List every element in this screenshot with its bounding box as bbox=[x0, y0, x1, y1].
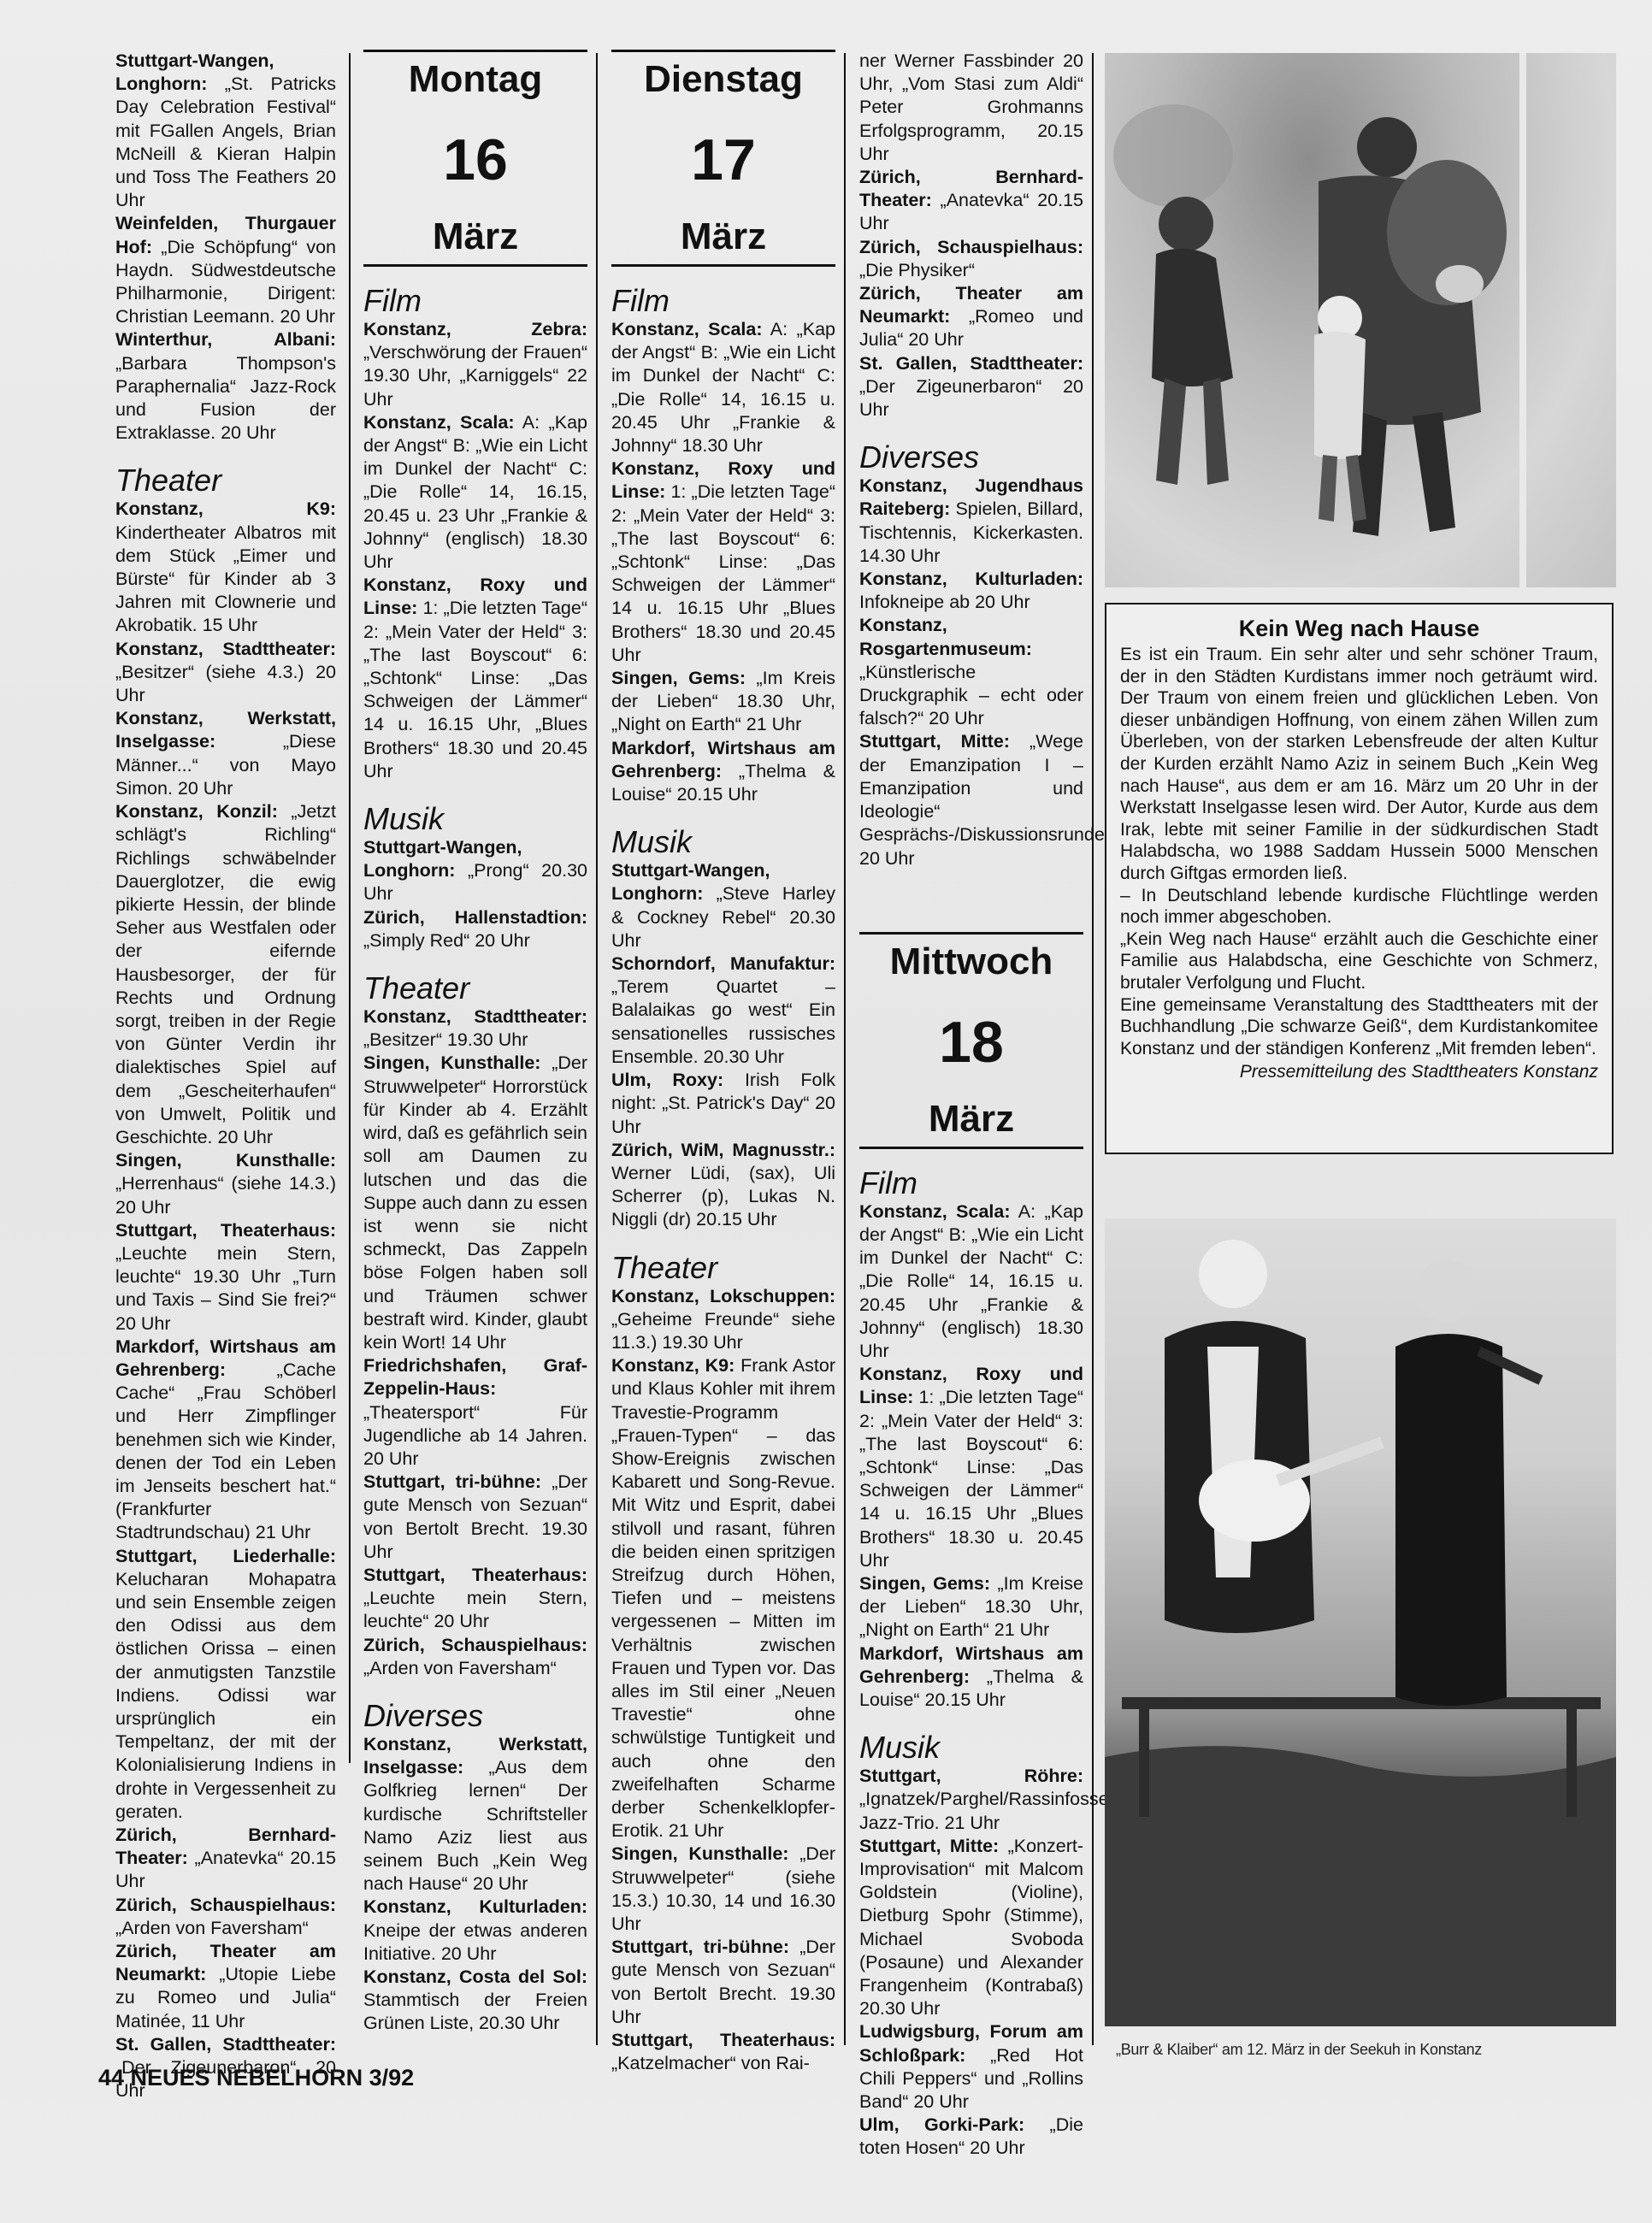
listing-group-film: Konstanz, Scala: A: „Kap der Angst“ B: „… bbox=[859, 1200, 1083, 1712]
section-heading-film: Film bbox=[363, 284, 587, 318]
listing-details: „Herrenhaus“ (siehe 14.3.) 20 Uhr bbox=[115, 1173, 336, 1217]
listing-venue: Konstanz, Stadttheater: bbox=[115, 639, 336, 659]
listing-entry: Zürich, Schauspielhaus: „Arden von Faver… bbox=[363, 1634, 587, 1680]
listing-venue: Stuttgart, tri-bühne: bbox=[363, 1471, 541, 1492]
month-label: März bbox=[611, 215, 835, 259]
listing-entry: Ulm, Gorki-Park: „Die toten Hosen“ 20 Uh… bbox=[859, 2114, 1083, 2160]
listing-details: „Ignatzek/Parghel/Rassinfosse“ Jazz-Trio… bbox=[859, 1789, 1115, 1832]
listing-venue: Singen, Gems: bbox=[611, 668, 746, 688]
listing-entry: Konstanz, Lokschuppen: „Geheime Freunde“… bbox=[611, 1285, 835, 1355]
listing-venue: Konstanz, Zebra: bbox=[363, 319, 587, 339]
listing-group-musik-continued: Stuttgart-Wangen, Longhorn: „St. Patrick… bbox=[115, 50, 336, 445]
listing-entry: Konstanz, Costa del Sol: Stammtisch der … bbox=[363, 1966, 587, 2036]
listing-venue: Singen, Kunsthalle: bbox=[363, 1053, 540, 1073]
listing-details: Frank Astor und Klaus Kohler mit ihrem T… bbox=[611, 1355, 835, 1841]
listing-details: 1: „Die letzten Tage“ 2: „Mein Vater der… bbox=[859, 1387, 1083, 1570]
listing-entry: Weinfelden, Thurgauer Hof: „Die Schöpfun… bbox=[115, 212, 336, 328]
listing-details: Stammtisch der Freien Grünen Liste, 20.3… bbox=[363, 1990, 587, 2033]
listing-details: Kelucharan Mohapatra und sein Ensemble z… bbox=[115, 1569, 336, 1822]
listing-details: „Jetzt schlägt's Richling“ Richlings sch… bbox=[115, 801, 336, 1147]
section-heading-musik: Musik bbox=[859, 1731, 1083, 1765]
section-heading-diverses: Diverses bbox=[363, 1699, 587, 1733]
listing-details: „Katzelmacher“ von Rai- bbox=[611, 2053, 810, 2073]
listing-venue: Stuttgart, Liederhalle: bbox=[115, 1546, 336, 1566]
section-heading-musik: Musik bbox=[363, 802, 587, 836]
listing-entry: Schorndorf, Manufaktur: „Terem Quartet –… bbox=[611, 952, 835, 1069]
listing-entry: Konstanz, K9: Kindertheater Albatros mit… bbox=[115, 498, 336, 637]
listing-details: „Geheime Freunde“ siehe 11.3.) 19.30 Uhr bbox=[611, 1309, 835, 1353]
listing-venue: Stuttgart, Mitte: bbox=[859, 731, 1010, 752]
listing-entry: Konstanz, Roxy und Linse: 1: „Die letzte… bbox=[859, 1363, 1083, 1572]
listing-details: Infokneipe ab 20 Uhr bbox=[859, 592, 1030, 612]
listing-entry: Konstanz, Scala: A: „Kap der Angst“ B: „… bbox=[859, 1200, 1083, 1363]
section-heading-film: Film bbox=[859, 1166, 1083, 1200]
listing-group-theater: Konstanz, Lokschuppen: „Geheime Freunde“… bbox=[611, 1285, 835, 2076]
listing-entry: Singen, Kunsthalle: „Der Struwwelpeter“ … bbox=[363, 1052, 587, 1354]
day-header-wednesday: Mittwoch 18 März bbox=[859, 932, 1083, 1149]
listing-details: A: „Kap der Angst“ B: „Wie ein Licht im … bbox=[859, 1201, 1083, 1361]
listing-details: „Besitzer“ (siehe 4.3.) 20 Uhr bbox=[115, 662, 336, 705]
listing-venue: Singen, Gems: bbox=[859, 1573, 990, 1594]
listing-venue: Zürich, Schauspielhaus: bbox=[115, 1895, 336, 1915]
listing-details: A: „Kap der Angst“ B: „Wie ein Licht im … bbox=[611, 319, 835, 456]
listing-entry: St. Gallen, Stadttheater: „Der Zigeunerb… bbox=[859, 352, 1083, 422]
weekday-label: Montag bbox=[363, 57, 587, 102]
listing-venue: Singen, Kunsthalle: bbox=[611, 1843, 788, 1864]
listing-entry: Stuttgart, Mitte: „Konzert-Improvisation… bbox=[859, 1835, 1083, 2021]
listing-entry: Stuttgart, Theaterhaus: „Leuchte mein St… bbox=[363, 1564, 587, 1634]
listing-entry: Konstanz, Werkstatt, Inselgasse: „Diese … bbox=[115, 707, 336, 800]
listing-venue: Konstanz, Scala: bbox=[611, 319, 763, 339]
listing-venue: Konstanz, Stadttheater: bbox=[363, 1006, 587, 1027]
listing-entry: Zürich, Theater am Neumarkt: „Romeo und … bbox=[859, 282, 1083, 352]
listing-group-theater: Konstanz, Stadttheater: „Besitzer“ 19.30… bbox=[363, 1005, 587, 1680]
listing-details: „Arden von Faversham“ bbox=[363, 1658, 557, 1678]
listing-group-theater-continued: ner Werner Fassbinder 20 Uhr, „Vom Stasi… bbox=[859, 50, 1083, 422]
listing-venue: Stuttgart, Theaterhaus: bbox=[611, 2030, 835, 2050]
weekday-label: Dienstag bbox=[611, 57, 835, 102]
listing-group-musik: Stuttgart-Wangen, Longhorn: „Steve Harle… bbox=[611, 859, 835, 1231]
listing-entry: Ludwigsburg, Forum am Schloßpark: „Red H… bbox=[859, 2020, 1083, 2114]
listing-venue: Stuttgart, tri-bühne: bbox=[611, 1937, 789, 1957]
listing-details: 1: „Die letzten Tage“ 2: „Mein Vater der… bbox=[363, 598, 587, 781]
day-header-monday: Montag 16 März bbox=[363, 50, 587, 267]
listing-entry: Stuttgart-Wangen, Longhorn: „Prong“ 20.3… bbox=[363, 836, 587, 906]
listing-entry: Singen, Kunsthalle: „Der Struwwelpeter“ … bbox=[611, 1843, 835, 1936]
listing-entry: Singen, Gems: „Im Kreis der Lieben“ 18.3… bbox=[611, 667, 835, 737]
listing-details: „Wege der Emanzipation I – Emanzipation … bbox=[859, 731, 1110, 868]
section-heading-theater: Theater bbox=[363, 971, 587, 1005]
day-header-tuesday: Dienstag 17 März bbox=[611, 50, 835, 267]
listing-entry: Konstanz, Stadttheater: „Besitzer“ (sieh… bbox=[115, 638, 336, 708]
section-heading-film: Film bbox=[611, 284, 835, 318]
month-label: März bbox=[363, 215, 587, 259]
listing-details: Kneipe der etwas anderen Initiative. 20 … bbox=[363, 1920, 587, 1964]
section-heading-theater: Theater bbox=[611, 1251, 835, 1285]
listing-venue: Konstanz, Lokschuppen: bbox=[611, 1286, 835, 1306]
listing-entry: Konstanz, Roxy und Linse: 1: „Die letzte… bbox=[611, 457, 835, 667]
listing-entry: Singen, Kunsthalle: „Herrenhaus“ (siehe … bbox=[115, 1149, 336, 1219]
listing-entry: Zürich, Theater am Neumarkt: „Utopie Lie… bbox=[115, 1940, 336, 2033]
listing-venue: St. Gallen, Stadttheater: bbox=[115, 2034, 336, 2055]
listing-venue: Stuttgart, Mitte: bbox=[859, 1836, 999, 1856]
listing-details: „Konzert-Improvisation“ mit Malcom Golds… bbox=[859, 1836, 1083, 2019]
listing-entry: Markdorf, Wirtshaus am Gehrenberg: „Thel… bbox=[611, 737, 835, 807]
day-number: 16 bbox=[363, 127, 587, 192]
listing-details: „Der Struwwelpeter“ Horrorstück für Kind… bbox=[363, 1053, 587, 1352]
listing-group-musik: Stuttgart-Wangen, Longhorn: „Prong“ 20.3… bbox=[363, 836, 587, 952]
listing-venue: Singen, Kunsthalle: bbox=[115, 1150, 336, 1170]
article-source: Pressemitteilung des Stadttheaters Konst… bbox=[1120, 1061, 1598, 1083]
listing-details: „Arden von Faversham“ bbox=[115, 1918, 309, 1938]
listing-details: „Besitzer“ 19.30 Uhr bbox=[363, 1029, 528, 1050]
photo-caption: „Burr & Klaiber“ am 12. März in der Seek… bbox=[1116, 2041, 1482, 2059]
listing-venue: Winterthur, Albani: bbox=[115, 329, 336, 350]
article-paragraph: Es ist ein Traum. Ein sehr alter und seh… bbox=[1120, 644, 1598, 885]
photo-refugee-family bbox=[1105, 53, 1616, 587]
section-heading-theater: Theater bbox=[115, 463, 336, 498]
listing-venue: Ulm, Roxy: bbox=[611, 1070, 723, 1090]
listing-entry: Konstanz, Zebra: „Verschwörung der Fraue… bbox=[363, 318, 587, 411]
listing-entry: Zürich, Schauspielhaus: „Die Physiker“ bbox=[859, 236, 1083, 282]
listing-entry: Stuttgart, tri-bühne: „Der gute Mensch v… bbox=[363, 1471, 587, 1564]
column-divider bbox=[349, 53, 351, 1763]
listing-details: „Aus dem Golfkrieg lernen“ Der kurdische… bbox=[363, 1757, 587, 1894]
listing-details: „Leuchte mein Stern, leuchte“ 19.30 Uhr … bbox=[115, 1243, 336, 1334]
listing-venue: Stuttgart, Theaterhaus: bbox=[115, 1220, 336, 1241]
listing-entry: Stuttgart, Theaterhaus: „Katzelmacher“ v… bbox=[611, 2029, 835, 2075]
listing-venue: Zürich, Schauspielhaus: bbox=[859, 237, 1083, 257]
column-divider bbox=[596, 53, 598, 2045]
listing-entry: Zürich, Schauspielhaus: „Arden von Faver… bbox=[115, 1894, 336, 1940]
listing-entry: Zürich, WiM, Magnusstr.: Werner Lüdi, (s… bbox=[611, 1139, 835, 1232]
article-paragraph: „Kein Weg nach Hause“ erzählt auch die G… bbox=[1120, 929, 1598, 994]
musicians-silhouette-icon bbox=[1105, 1218, 1616, 2026]
listing-entry: Stuttgart, Theaterhaus: „Leuchte mein St… bbox=[115, 1219, 336, 1336]
listing-entry: Konstanz, Rosgartenmuseum: „Künstlerisch… bbox=[859, 614, 1083, 730]
family-silhouette-icon bbox=[1105, 53, 1616, 587]
listing-entry: Stuttgart, Mitte: „Wege der Emanzipation… bbox=[859, 730, 1083, 870]
photo-musicians bbox=[1105, 1218, 1616, 2026]
listing-venue: Friedrichshafen, Graf-Zeppelin-Haus: bbox=[363, 1355, 587, 1399]
article-title: Kein Weg nach Hause bbox=[1120, 615, 1598, 642]
listing-venue: Zürich, Hallenstadtion: bbox=[363, 907, 587, 928]
listing-entry: Ulm, Roxy: Irish Folk night: „St. Patric… bbox=[611, 1069, 835, 1139]
listing-entry: Konstanz, Jugendhaus Raiteberg: Spielen,… bbox=[859, 475, 1083, 568]
listing-group-musik: Stuttgart, Röhre: „Ignatzek/Parghel/Rass… bbox=[859, 1765, 1083, 2160]
listing-venue: Zürich, Schauspielhaus: bbox=[363, 1635, 587, 1655]
listing-entry: ner Werner Fassbinder 20 Uhr, „Vom Stasi… bbox=[859, 50, 1083, 166]
listing-venue: Stuttgart, Röhre: bbox=[859, 1766, 1083, 1786]
column-tuesday: Dienstag 17 März Film Konstanz, Scala: A… bbox=[611, 50, 835, 2075]
article-paragraph: Eine gemeinsame Veranstaltung des Stadtt… bbox=[1120, 994, 1598, 1060]
section-heading-diverses: Diverses bbox=[859, 440, 1083, 475]
listing-details: „Simply Red“ 20 Uhr bbox=[363, 930, 530, 951]
listing-entry: Stuttgart-Wangen, Longhorn: „Steve Harle… bbox=[611, 859, 835, 952]
listing-details: Kindertheater Albatros mit dem Stück „Ei… bbox=[115, 522, 336, 636]
listing-entry: Markdorf, Wirtshaus am Gehrenberg: „Cach… bbox=[115, 1336, 336, 1545]
listing-entry: Konstanz, Scala: A: „Kap der Angst“ B: „… bbox=[611, 318, 835, 457]
column-1: Stuttgart-Wangen, Longhorn: „St. Patrick… bbox=[115, 50, 336, 2102]
listing-details: „St. Patricks Day Celebration Festival“ … bbox=[115, 74, 336, 210]
listing-venue: Konstanz, Scala: bbox=[363, 412, 515, 433]
listing-group-diverses: Konstanz, Jugendhaus Raiteberg: Spielen,… bbox=[859, 475, 1083, 870]
listing-group-theater: Konstanz, K9: Kindertheater Albatros mit… bbox=[115, 498, 336, 2102]
page-footer: 44 NEUES NEBELHORN 3/92 bbox=[98, 2065, 414, 2091]
listing-venue: Zürich, WiM, Magnusstr.: bbox=[611, 1140, 835, 1160]
listing-entry: Stuttgart, Röhre: „Ignatzek/Parghel/Rass… bbox=[859, 1765, 1083, 1835]
listing-details: Werner Lüdi, (sax), Uli Scherrer (p), Lu… bbox=[611, 1163, 835, 1229]
listing-venue: Konstanz, Konzil: bbox=[115, 801, 278, 822]
column-monday: Montag 16 März Film Konstanz, Zebra: „Ve… bbox=[363, 50, 587, 2036]
listing-entry: Stuttgart, Liederhalle: Kelucharan Mohap… bbox=[115, 1545, 336, 1824]
listing-entry: Friedrichshafen, Graf-Zeppelin-Haus: „Th… bbox=[363, 1354, 587, 1471]
listing-details: 1: „Die letzten Tage“ 2: „Mein Vater der… bbox=[611, 481, 835, 664]
listing-entry: Konstanz, Roxy und Linse: 1: „Die letzte… bbox=[363, 574, 587, 783]
column-4: ner Werner Fassbinder 20 Uhr, „Vom Stasi… bbox=[859, 50, 1083, 2161]
listing-entry: Singen, Gems: „Im Kreise der Lieben“ 18.… bbox=[859, 1572, 1083, 1642]
listing-venue: Schorndorf, Manufaktur: bbox=[611, 953, 835, 974]
listing-entry: Stuttgart, tri-bühne: „Der gute Mensch v… bbox=[611, 1936, 835, 2029]
listing-entry: Konstanz, Kulturladen: Infokneipe ab 20 … bbox=[859, 568, 1083, 614]
listing-details: „Terem Quartet – Balalaikas go west“ Ein… bbox=[611, 976, 835, 1067]
listing-details: „Der Zigeunerbaron“ 20 Uhr bbox=[859, 376, 1083, 420]
listing-details: „Barbara Thompson's Paraphernalia“ Jazz-… bbox=[115, 353, 336, 444]
listing-entry: Konstanz, Werkstatt, Inselgasse: „Aus de… bbox=[363, 1733, 587, 1896]
listing-venue: Konstanz, Costa del Sol: bbox=[363, 1966, 587, 1987]
listing-venue: Konstanz, Kulturladen: bbox=[363, 1896, 587, 1917]
listing-group-film: Konstanz, Zebra: „Verschwörung der Fraue… bbox=[363, 318, 587, 783]
weekday-label: Mittwoch bbox=[859, 940, 1083, 984]
listing-entry: Konstanz, Konzil: „Jetzt schlägt's Richl… bbox=[115, 800, 336, 1149]
column-divider bbox=[1092, 53, 1094, 2045]
listing-entry: Winterthur, Albani: „Barbara Thompson's … bbox=[115, 328, 336, 445]
listing-venue: Konstanz, K9: bbox=[611, 1355, 735, 1376]
listing-group-diverses: Konstanz, Werkstatt, Inselgasse: „Aus de… bbox=[363, 1733, 587, 2036]
listing-entry: Zürich, Hallenstadtion: „Simply Red“ 20 … bbox=[363, 906, 587, 952]
listing-details: ner Werner Fassbinder 20 Uhr, „Vom Stasi… bbox=[859, 50, 1083, 164]
section-heading-musik: Musik bbox=[611, 825, 835, 859]
listing-details: „Cache Cache“ „Frau Schöberl und Herr Zi… bbox=[115, 1359, 336, 1542]
article-paragraph: – In Deutschland lebende kurdische Flüch… bbox=[1120, 885, 1598, 929]
listing-group-film: Konstanz, Scala: A: „Kap der Angst“ B: „… bbox=[611, 318, 835, 806]
listing-venue: Ulm, Gorki-Park: bbox=[859, 2114, 1024, 2135]
listing-entry: Zürich, Bernhard-Theater: „Anatevka“ 20.… bbox=[859, 166, 1083, 236]
listing-entry: Stuttgart-Wangen, Longhorn: „St. Patrick… bbox=[115, 50, 336, 212]
listing-details: „Leuchte mein Stern, leuchte“ 20 Uhr bbox=[363, 1588, 587, 1631]
article-box: Kein Weg nach Hause Es ist ein Traum. Ei… bbox=[1105, 603, 1614, 1154]
month-label: März bbox=[859, 1097, 1083, 1141]
listing-details: A: „Kap der Angst“ B: „Wie ein Licht im … bbox=[363, 412, 587, 572]
day-number: 18 bbox=[859, 1010, 1083, 1075]
listing-entry: Konstanz, K9: Frank Astor und Klaus Kohl… bbox=[611, 1354, 835, 1843]
day-number: 17 bbox=[611, 127, 835, 192]
listing-details: „Die Physiker“ bbox=[859, 260, 975, 280]
listing-details: „Verschwörung der Frauen“ 19.30 Uhr, „Ka… bbox=[363, 342, 587, 409]
listing-details: „Künstlerische Druckgraphik – echt oder … bbox=[859, 662, 1083, 728]
magazine-page: Stuttgart-Wangen, Longhorn: „St. Patrick… bbox=[0, 0, 1652, 2223]
listing-entry: Konstanz, Scala: A: „Kap der Angst“ B: „… bbox=[363, 411, 587, 574]
listing-venue: Konstanz, Scala: bbox=[859, 1201, 1011, 1222]
listing-details: „Theatersport“ Für Jugendliche ab 14 Jah… bbox=[363, 1402, 587, 1469]
listing-venue: St. Gallen, Stadttheater: bbox=[859, 353, 1083, 374]
column-divider bbox=[844, 53, 846, 2045]
listing-entry: Konstanz, Stadttheater: „Besitzer“ 19.30… bbox=[363, 1005, 587, 1052]
listing-venue: Stuttgart, Theaterhaus: bbox=[363, 1565, 587, 1585]
listing-venue: Konstanz, K9: bbox=[115, 498, 336, 519]
listing-entry: Konstanz, Kulturladen: Kneipe der etwas … bbox=[363, 1896, 587, 1966]
listing-entry: Markdorf, Wirtshaus am Gehrenberg: „Thel… bbox=[859, 1642, 1083, 1713]
listing-venue: Konstanz, Rosgartenmuseum: bbox=[859, 615, 1032, 658]
listing-venue: Konstanz, Kulturladen: bbox=[859, 569, 1083, 589]
listing-entry: Zürich, Bernhard-Theater: „Anatevka“ 20.… bbox=[115, 1824, 336, 1894]
